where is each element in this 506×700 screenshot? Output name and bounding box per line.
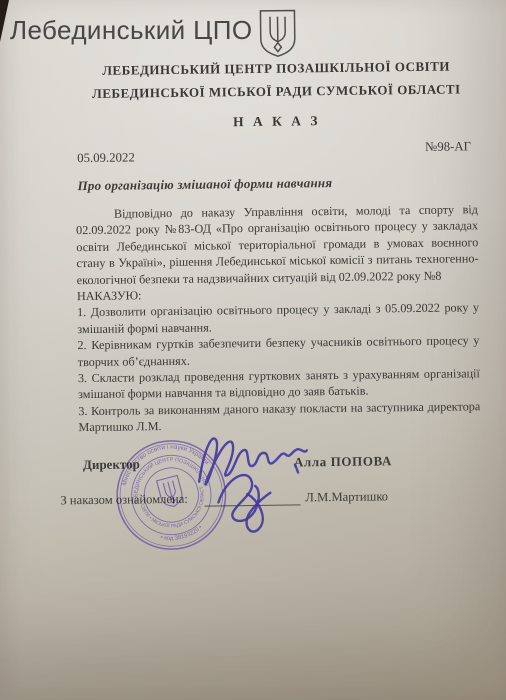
acknowledgement-name: Л.М.Мартишко	[305, 489, 388, 505]
document-type-title: Н А К А З	[52, 111, 502, 132]
order-item-3: 3. Скласти розклад проведення гурткових …	[78, 365, 480, 403]
document-subject: Про організацію змішаної форми навчання	[77, 175, 332, 194]
document-body: Відповідно до наказу Управління освіти, …	[76, 201, 481, 436]
order-document: ЛЕБЕДИНСЬКИЙ ЦЕНТР ПОЗАШКІЛЬНОЇ ОСВІТИ Л…	[0, 0, 506, 700]
org-name-line2: ЛЕБЕДИНСЬКОЇ МІСЬКОЇ РАДИ СУМСЬКОЇ ОБЛАС…	[51, 81, 501, 102]
org-name-line1: ЛЕБЕДИНСЬКИЙ ЦЕНТР ПОЗАШКІЛЬНОЇ ОСВІТИ	[51, 58, 501, 79]
intro-paragraph: Відповідно до наказу Управління освіти, …	[76, 201, 479, 288]
order-item-2: 2. Керівникам гуртків забезпечити безпек…	[77, 332, 479, 370]
organization-header: ЛЕБЕДИНСЬКИЙ ЦЕНТР ПОЗАШКІЛЬНОЇ ОСВІТИ Л…	[51, 58, 501, 102]
document-date: 05.09.2022	[77, 150, 135, 166]
stamp-trident-icon	[157, 475, 185, 508]
order-item-1: 1. Дозволити організацію освітнього проц…	[77, 300, 479, 338]
acknowledgement-signature	[208, 465, 305, 540]
document-number: №98-АГ	[425, 139, 471, 155]
photographed-paper-background: Лебединський ЦПО ЛЕБЕДИНСЬКИЙ ЦЕНТР ПОЗА…	[0, 0, 506, 700]
trident-emblem-icon	[256, 8, 299, 59]
